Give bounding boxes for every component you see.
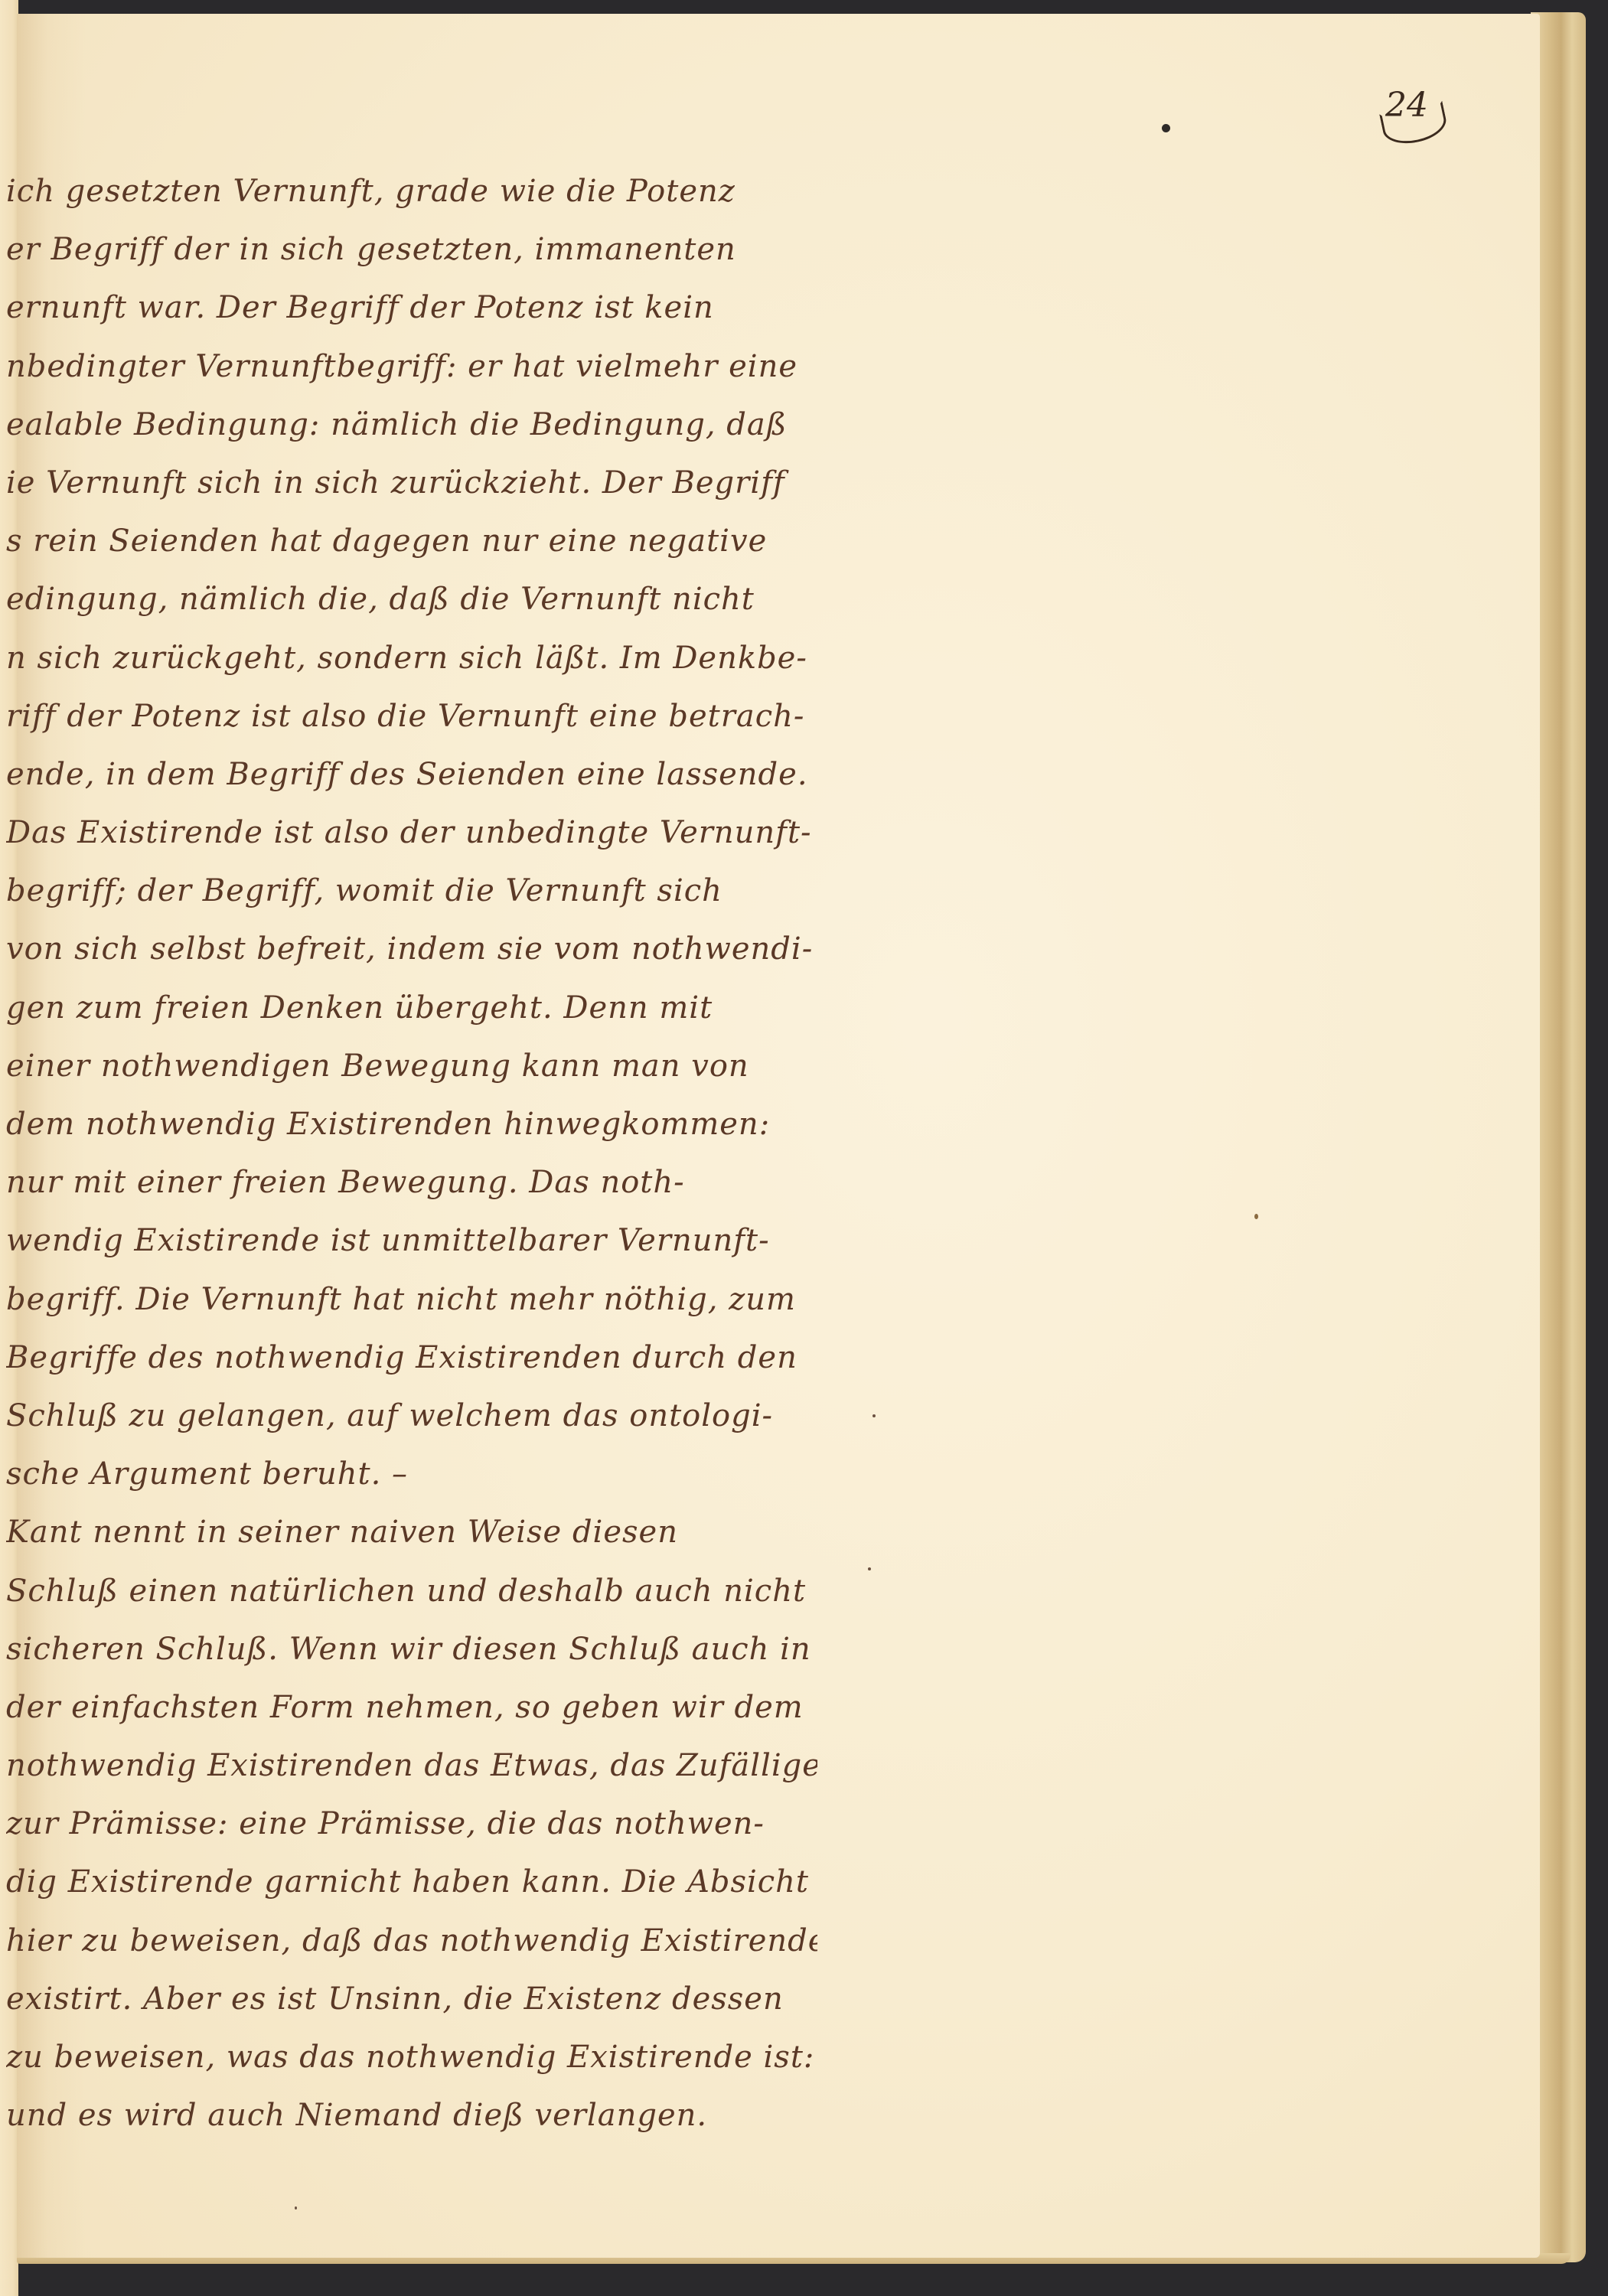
text-line: und es wird auch Niemand dieß verlangen.: [6, 2086, 817, 2144]
text-line: nur mit einer freien Bewegung. Das noth-: [6, 1153, 817, 1212]
text-line: zur Prämisse: eine Prämisse, die das not…: [6, 1795, 817, 1853]
text-line: ealable Bedingung: nämlich die Bedingung…: [6, 396, 817, 454]
text-line: s rein Seienden hat dagegen nur eine neg…: [6, 512, 817, 570]
text-line: nbedingter Vernunftbegriff: er hat vielm…: [6, 338, 817, 396]
text-line: einer nothwendigen Bewegung kann man von: [6, 1037, 817, 1095]
text-line: der einfachsten Form nehmen, so geben wi…: [6, 1678, 817, 1737]
handwritten-text: ich gesetzten Vernunft, grade wie die Po…: [6, 162, 817, 2144]
ink-spot: [872, 1414, 876, 1417]
text-line: begriff. Die Vernunft hat nicht mehr nöt…: [6, 1270, 817, 1329]
text-line: dem nothwendig Existirenden hinwegkommen…: [6, 1095, 817, 1153]
text-line: wendig Existirende ist unmittelbarer Ver…: [6, 1212, 817, 1270]
ink-spot: [868, 1567, 871, 1570]
text-line: ich gesetzten Vernunft, grade wie die Po…: [6, 162, 817, 220]
text-line: Schluß zu gelangen, auf welchem das onto…: [6, 1387, 817, 1445]
text-line: sche Argument beruht. –: [6, 1445, 817, 1503]
ink-spot: [295, 2206, 297, 2210]
text-line: hier zu beweisen, daß das nothwendig Exi…: [6, 1912, 817, 1970]
text-line: riff der Potenz ist also die Vernunft ei…: [6, 687, 817, 745]
text-line: gen zum freien Denken übergeht. Denn mit: [6, 979, 817, 1037]
text-line: Kant nennt in seiner naiven Weise diesen: [6, 1503, 817, 1561]
text-line: zu beweisen, was das nothwendig Existire…: [6, 2028, 817, 2086]
text-line: n sich zurückgeht, sondern sich läßt. Im…: [6, 629, 817, 687]
text-line: dig Existirende garnicht haben kann. Die…: [6, 1853, 817, 1911]
text-line: Das Existirende ist also der unbedingte …: [6, 804, 817, 862]
text-line: er Begriff der in sich gesetzten, immane…: [6, 220, 817, 279]
text-line: edingung, nämlich die, daß die Vernunft …: [6, 570, 817, 628]
ink-spot: [1162, 124, 1170, 132]
text-line: sicheren Schluß. Wenn wir diesen Schluß …: [6, 1620, 817, 1678]
text-line: ende, in dem Begriff des Seienden eine l…: [6, 745, 817, 804]
text-line: ie Vernunft sich in sich zurückzieht. De…: [6, 454, 817, 512]
text-line: von sich selbst befreit, indem sie vom n…: [6, 920, 817, 978]
text-line: existirt. Aber es ist Unsinn, die Existe…: [6, 1970, 817, 2028]
text-line: nothwendig Existirenden das Etwas, das Z…: [6, 1737, 817, 1795]
text-line: Begriffe des nothwendig Existirenden dur…: [6, 1329, 817, 1387]
text-line: ernunft war. Der Begriff der Potenz ist …: [6, 279, 817, 337]
ink-spot: [1254, 1214, 1258, 1219]
text-line: begriff; der Begriff, womit die Vernunft…: [6, 862, 817, 920]
text-line: Schluß einen natürlichen und deshalb auc…: [6, 1562, 817, 1620]
